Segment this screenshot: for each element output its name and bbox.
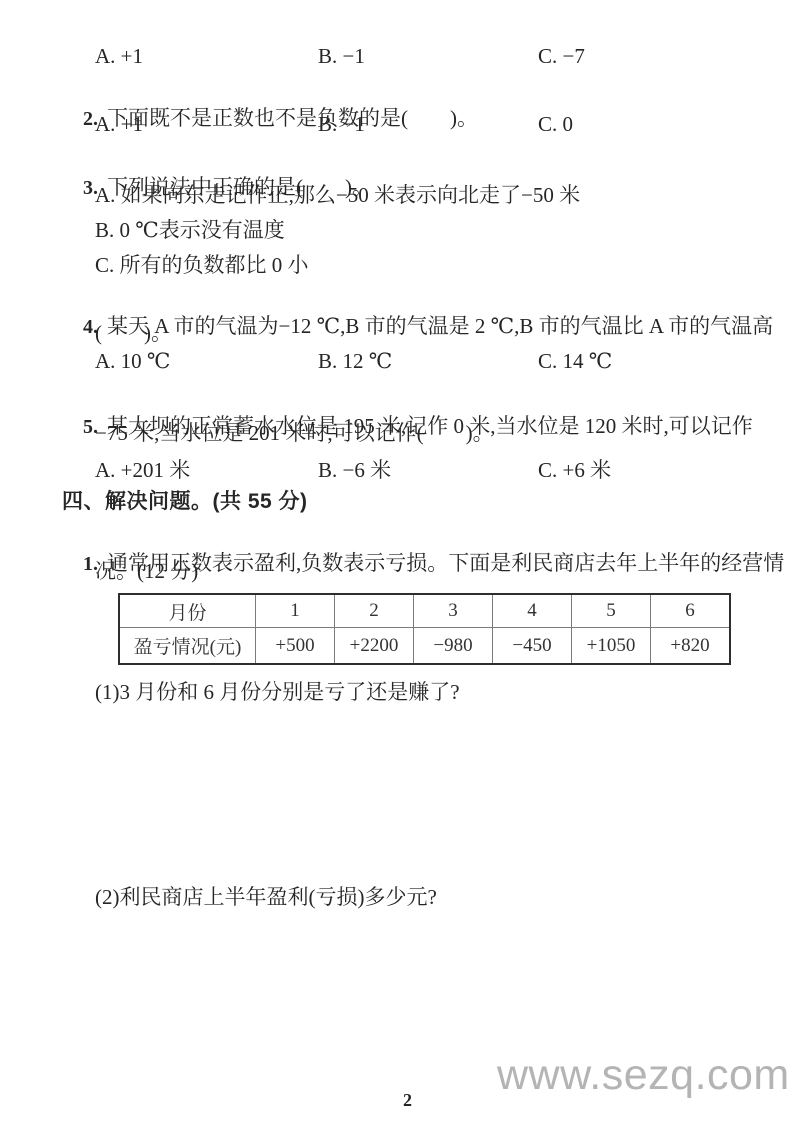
problem-1-subquestion-1: (1)3 月份和 6 月份分别是亏了还是赚了? [95,679,460,706]
option-b: B. 12 ℃ [318,349,392,374]
table-value-row: 盈亏情况(元) +500 +2200 −980 −450 +1050 +820 [119,628,730,665]
table-cell-month-4: 4 [493,594,572,628]
option-a: A. 10 ℃ [95,349,170,374]
question-3-option-a: A. 如果向东走记作正,那么−50 米表示向北走了−50 米 [95,182,580,209]
option-b: B. −1 [318,44,365,69]
table-cell-month-1: 1 [256,594,335,628]
question1-options-row: A. +1 B. −1 C. −7 [95,44,785,71]
option-a: A. +1 [95,44,143,69]
question-4-options-row: A. 10 ℃ B. 12 ℃ C. 14 ℃ [95,349,785,376]
profit-loss-table: 月份 1 2 3 4 5 6 盈亏情况(元) +500 +2200 −980 −… [118,593,731,665]
table-cell-month-6: 6 [651,594,731,628]
question-3-option-c: C. 所有的负数都比 0 小 [95,252,309,279]
watermark-text: www.sezq.com [497,1051,790,1100]
question-4-stem-line2: ( )。 [95,320,172,347]
question-5-stem-line2: −75 米,当水位是 201 米时,可以记作( )。 [95,420,494,447]
problem-1-subquestion-2: (2)利民商店上半年盈利(亏损)多少元? [95,884,437,911]
table-cell-month-2: 2 [335,594,414,628]
table-cell-month-5: 5 [572,594,651,628]
table-cell-value-5: +1050 [572,628,651,665]
option-c: C. 14 ℃ [538,349,612,374]
table-cell-value-6: +820 [651,628,731,665]
question-2-options-row: A. +1 B. −1 C. 0 [95,112,785,139]
problem-1-text: 通常用正数表示盈利,负数表示亏损。下面是利民商店去年上半年的经营情 [107,551,784,575]
option-a: A. +1 [95,112,143,137]
problem-1-line2: 况。(12 分) [95,558,198,585]
option-b: B. −6 米 [318,454,391,484]
table-cell-value-4: −450 [493,628,572,665]
section-4-title: 四、解决问题。(共 55 分) [62,488,308,515]
question-4-text: 某天 A 市的气温为−12 ℃,B 市的气温是 2 ℃,B 市的气温比 A 市的… [107,314,773,338]
table-cell-value-3: −980 [414,628,493,665]
table-cell-value-label: 盈亏情况(元) [119,628,256,665]
table-header-row: 月份 1 2 3 4 5 6 [119,594,730,628]
option-c: C. −7 [538,44,585,69]
option-b: B. −1 [318,112,365,137]
question-3-option-b: B. 0 ℃表示没有温度 [95,217,285,244]
option-c: C. 0 [538,112,573,137]
page-number: 2 [403,1090,412,1111]
worksheet-page: A. +1 B. −1 C. −7 2.下面既不是正数也不是负数的是( )。 A… [0,0,800,1131]
table-cell-month-3: 3 [414,594,493,628]
table-cell-value-1: +500 [256,628,335,665]
option-c: C. +6 米 [538,454,611,484]
table-cell-month-label: 月份 [119,594,256,628]
question-5-options-row: A. +201 米 B. −6 米 C. +6 米 [95,454,785,481]
option-a: A. +201 米 [95,454,190,484]
table-cell-value-2: +2200 [335,628,414,665]
